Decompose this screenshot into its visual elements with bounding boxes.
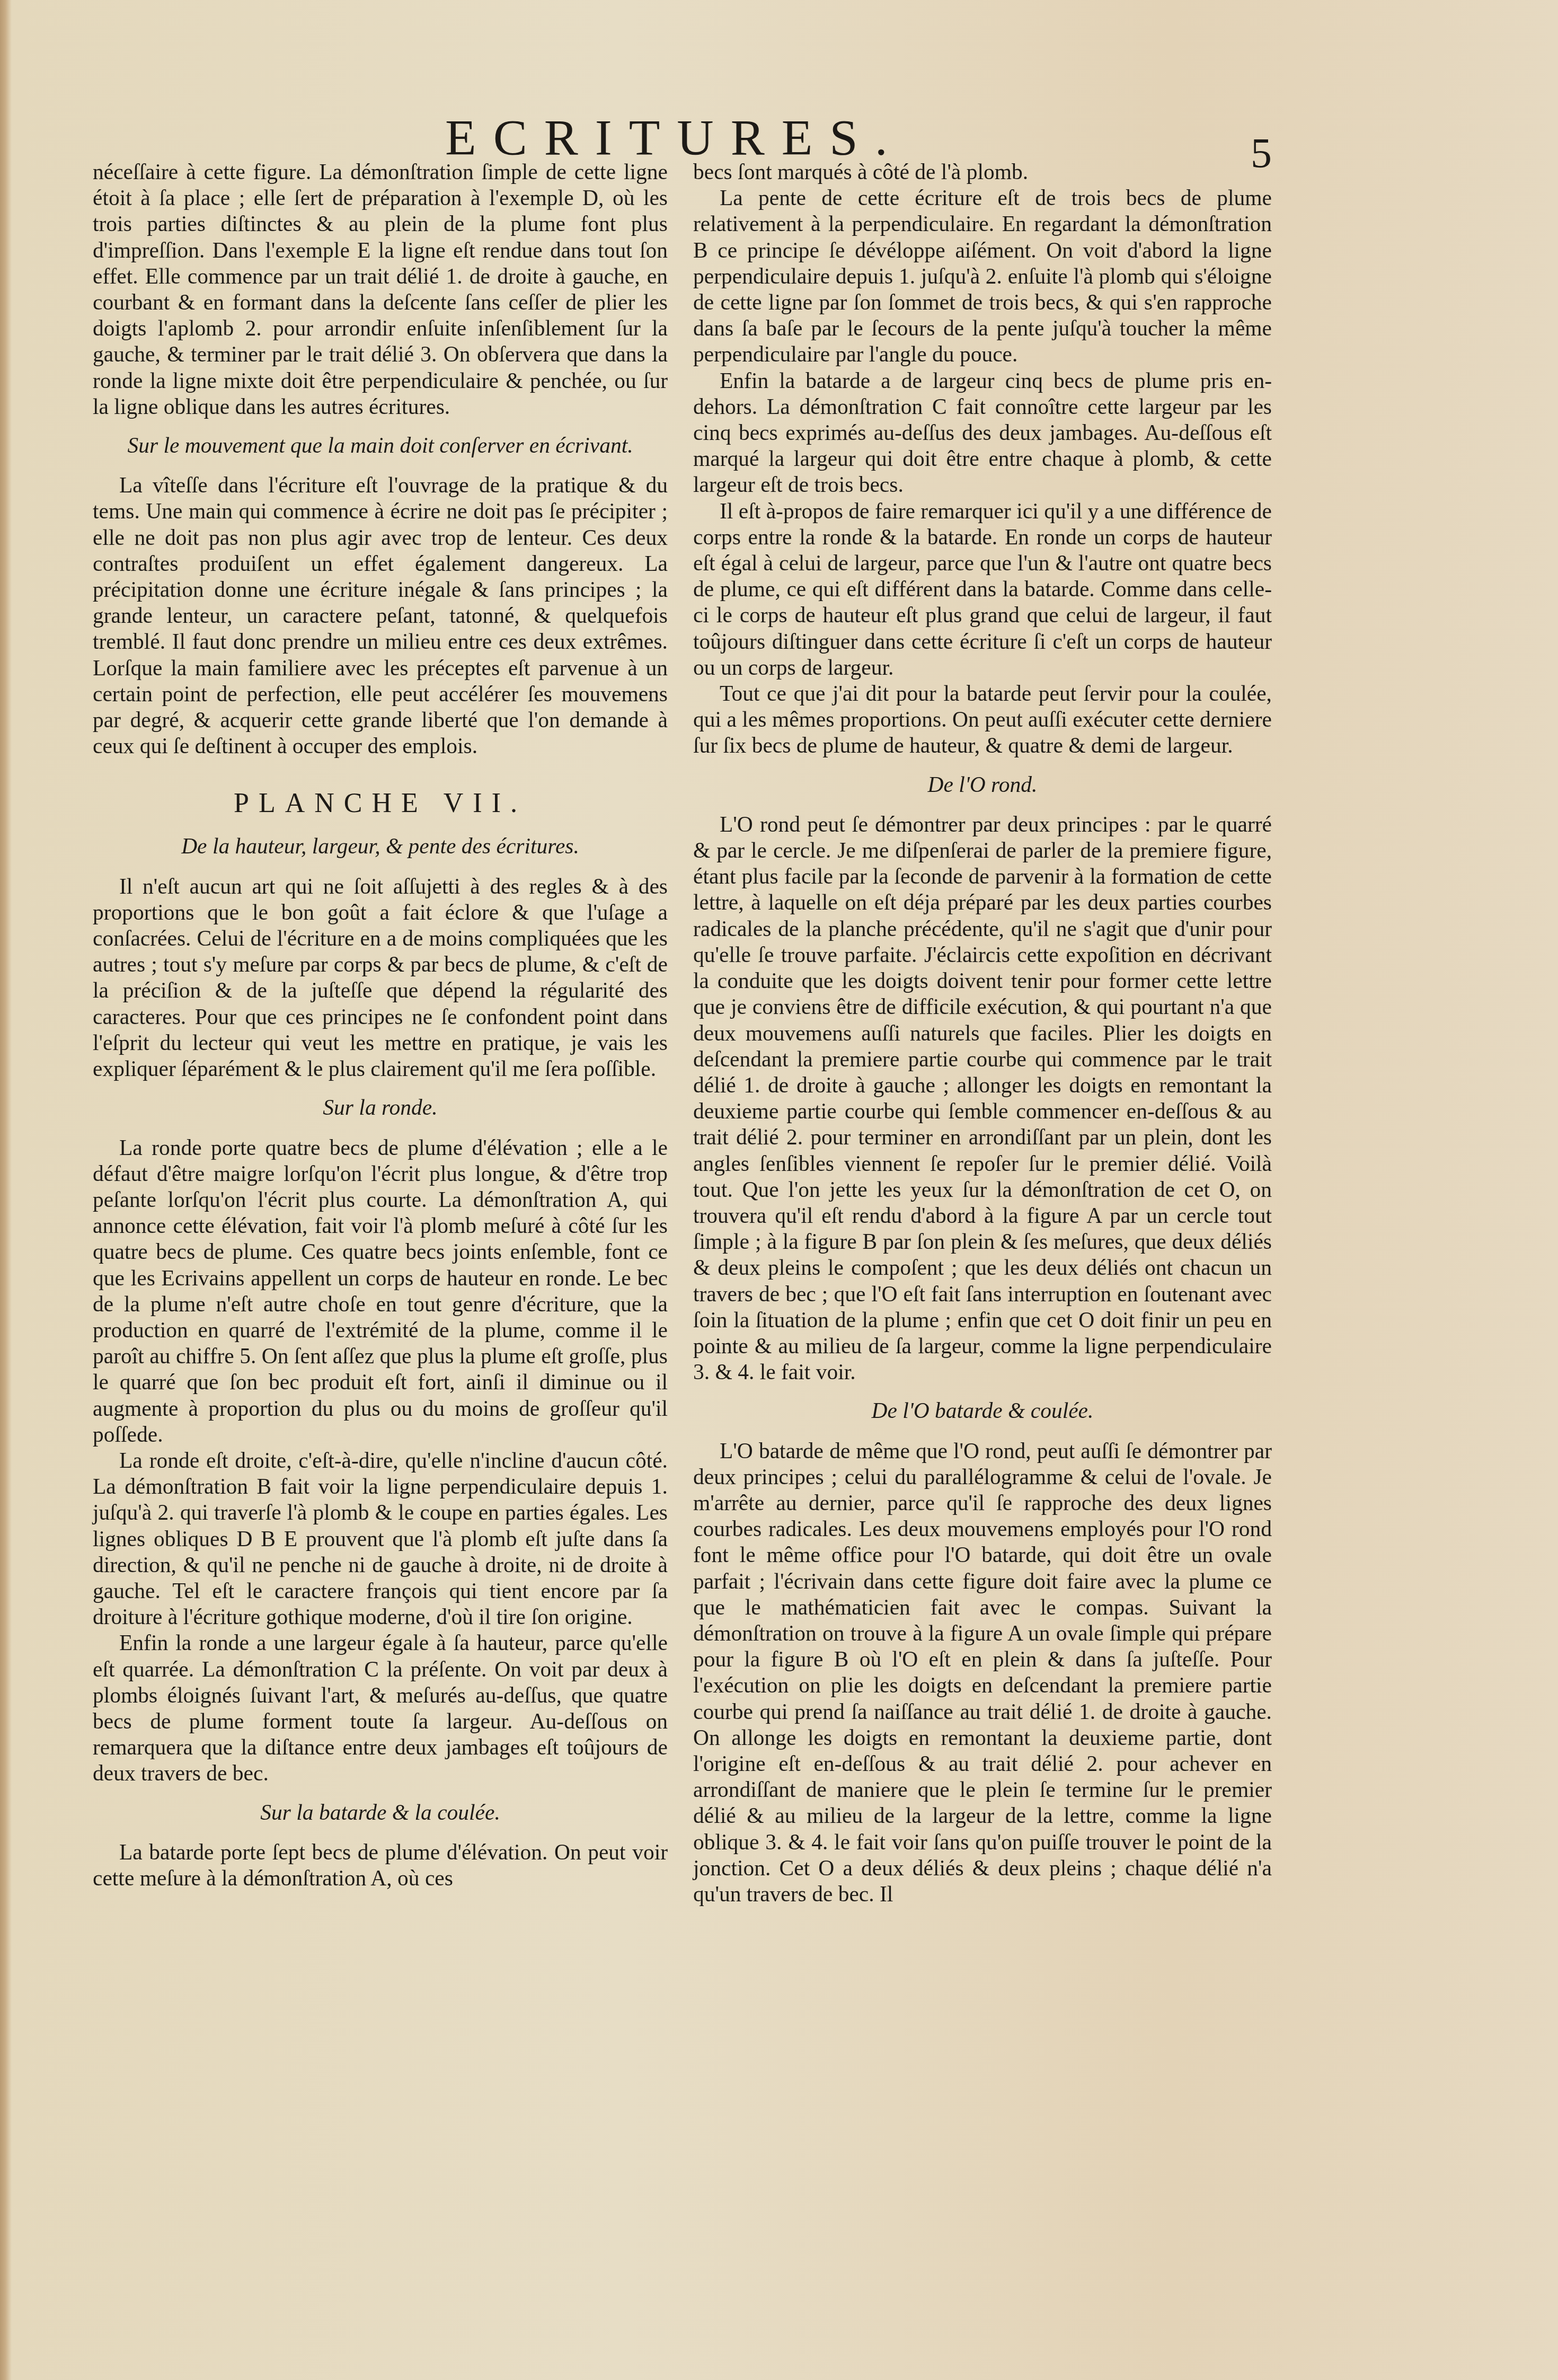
paragraph: néceſſaire à cette figure. La démonſtrat… bbox=[93, 159, 668, 420]
paragraph: La vîteſſe dans l'écriture eſt l'ouvrage… bbox=[93, 472, 668, 759]
paragraph: La ronde eſt droite, c'eſt-à-dire, qu'el… bbox=[93, 1448, 668, 1630]
section-heading-ronde: Sur la ronde. bbox=[93, 1095, 668, 1121]
section-heading-batarde: Sur la batarde & la coulée. bbox=[93, 1800, 668, 1826]
section-heading-o-batarde: De l'O batarde & coulée. bbox=[693, 1398, 1272, 1424]
right-column: becs ſont marqués à côté de l'à plomb. L… bbox=[693, 159, 1272, 1907]
section-heading-hauteur: De la hauteur, largeur, & pente des écri… bbox=[93, 833, 668, 859]
planche-title: PLANCHE VII. bbox=[93, 787, 668, 821]
document-page: ECRITURES. 5 néceſſaire à cette figure. … bbox=[0, 0, 1558, 2380]
paragraph: becs ſont marqués à côté de l'à plomb. bbox=[693, 159, 1272, 185]
section-heading-mouvement: Sur le mouvement que la main doit conſer… bbox=[93, 433, 668, 459]
paragraph: L'O batarde de même que l'O rond, peut a… bbox=[693, 1438, 1272, 1908]
paragraph: La pente de cette écriture eſt de trois … bbox=[693, 185, 1272, 367]
paragraph: L'O rond peut ſe démontrer par deux prin… bbox=[693, 812, 1272, 1385]
paragraph: Enfin la batarde a de largeur cinq becs … bbox=[693, 368, 1272, 498]
paragraph: La batarde porte ſept becs de plume d'él… bbox=[93, 1839, 668, 1891]
paragraph: Il eſt à-propos de faire remarquer ici q… bbox=[693, 498, 1272, 681]
paragraph: La ronde porte quatre becs de plume d'él… bbox=[93, 1135, 668, 1448]
paragraph: Il n'eſt aucun art qui ne ſoit aſſujetti… bbox=[93, 874, 668, 1082]
paragraph: Tout ce que j'ai dit pour la batarde peu… bbox=[693, 681, 1272, 759]
paragraph: Enfin la ronde a une largeur égale à ſa … bbox=[93, 1630, 668, 1786]
left-column: néceſſaire à cette figure. La démonſtrat… bbox=[93, 159, 668, 1891]
section-heading-o-rond: De l'O rond. bbox=[693, 772, 1272, 798]
